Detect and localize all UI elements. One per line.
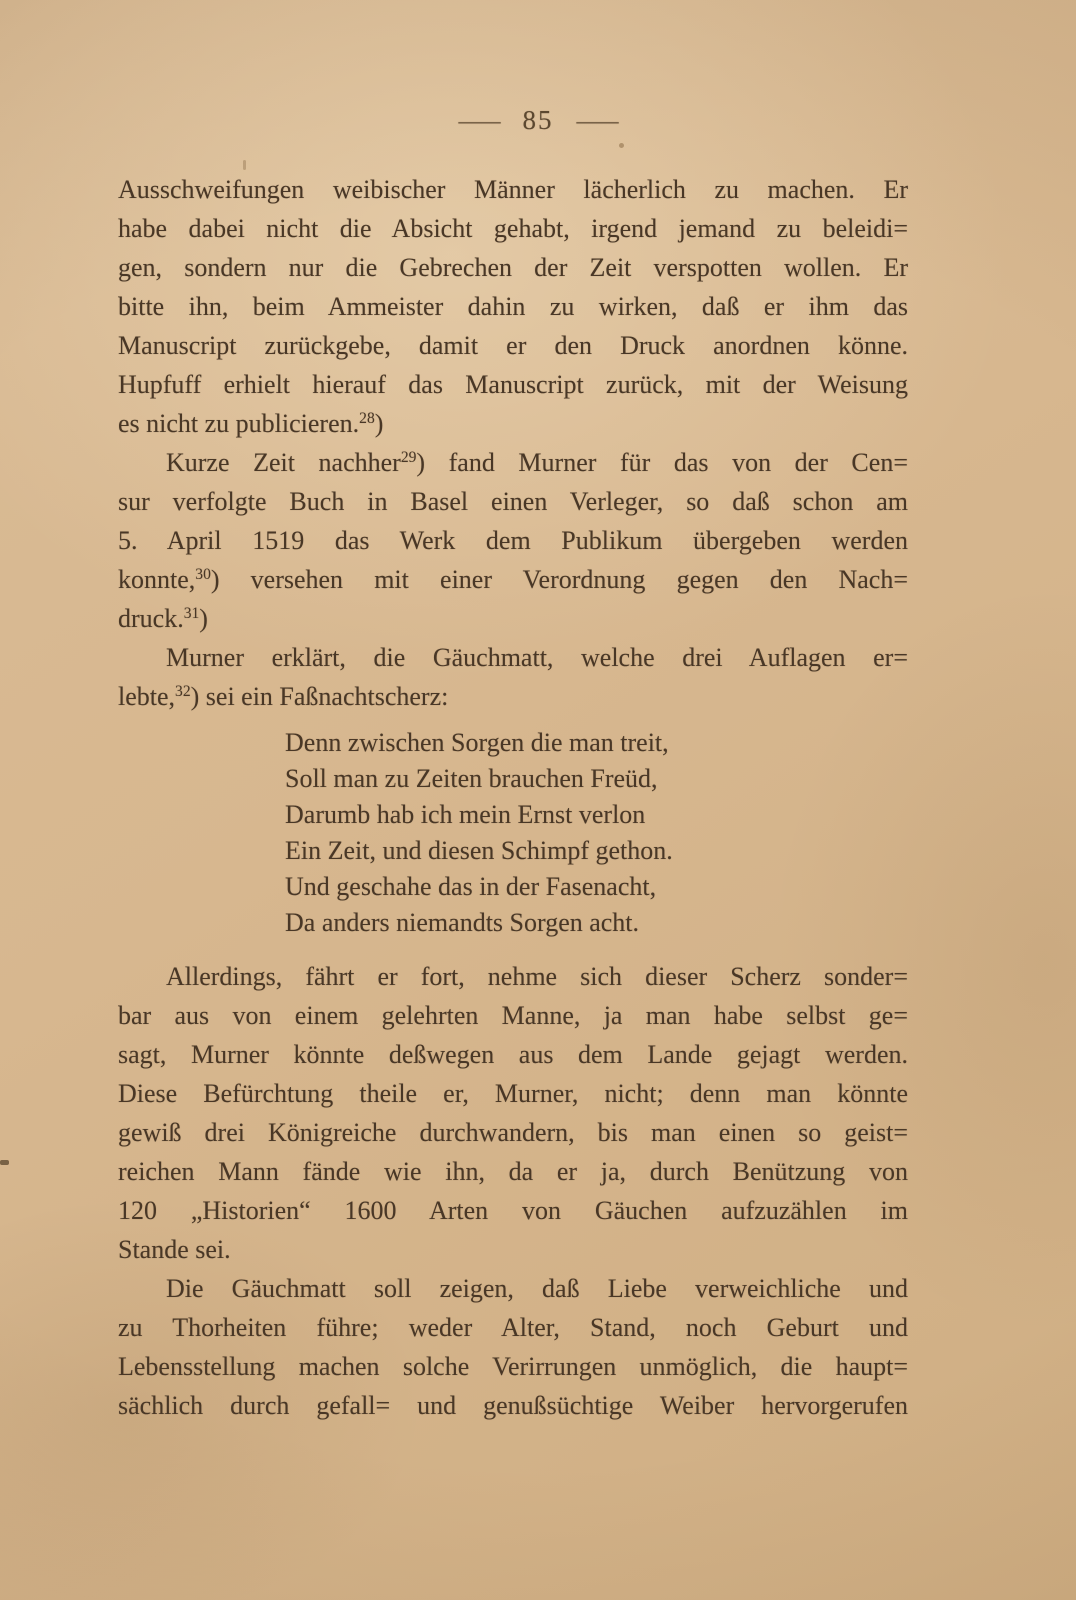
footnote-reference: 28 (359, 410, 375, 427)
paper-speck (619, 143, 624, 148)
paper-speck (243, 160, 246, 170)
text-line: Manuscript zurückgebe, damit er den Druc… (118, 326, 908, 365)
poem-line: Ein Zeit, und diesen Schimpf gethon. (285, 833, 908, 869)
footnote-reference: 32 (175, 683, 191, 700)
text-line: bitte ihn, beim Ammeister dahin zu wirke… (118, 287, 908, 326)
page-number: 85 (523, 105, 554, 136)
text-line: Hupfuff erhielt hierauf das Manuscript z… (118, 365, 908, 404)
text-line: sagt, Murner könnte deßwegen aus dem Lan… (118, 1035, 908, 1074)
poem-line: Darumb hab ich mein Ernst verlon (285, 797, 908, 833)
text-line: reichen Mann fände wie ihn, da er ja, du… (118, 1152, 908, 1191)
text-line: lebte,32) sei ein Faßnachtscherz: (118, 677, 908, 716)
text-line: 120 „Historien“ 1600 Arten von Gäuchen a… (118, 1191, 908, 1230)
text-line: druck.31) (118, 599, 908, 638)
text-line: Murner erklärt, die Gäuchmatt, welche dr… (118, 638, 908, 677)
text-line: konnte,30) versehen mit einer Verordnung… (118, 560, 908, 599)
scanned-book-page: { "colors": { "paper": "#d7b78f", "ink":… (0, 0, 1076, 1600)
footnote-reference: 29 (401, 449, 417, 466)
page-header: — 85 — (0, 100, 1076, 140)
text-line: Allerdings, fährt er fort, nehme sich di… (118, 957, 908, 996)
poem-line: Denn zwischen Sorgen die man treit, (285, 725, 908, 761)
text-line: habe dabei nicht die Absicht gehabt, irg… (118, 209, 908, 248)
poem-line: Und geschahe das in der Fasenacht, (285, 869, 908, 905)
text-line: Diese Befürchtung theile er, Murner, nic… (118, 1074, 908, 1113)
text-block: Ausschweifungen weibischer Männer lächer… (118, 170, 908, 1425)
header-dash-right: — (576, 105, 618, 136)
text-line: Stande sei. (118, 1230, 908, 1269)
poem-line: Da anders niemandts Sorgen acht. (285, 905, 908, 941)
text-line: Lebensstellung machen solche Verirrungen… (118, 1347, 908, 1386)
poem-line: Soll man zu Zeiten brauchen Freüd, (285, 761, 908, 797)
text-line: Kurze Zeit nachher29) fand Murner für da… (118, 443, 908, 482)
text-line: 5. April 1519 das Werk dem Publikum über… (118, 521, 908, 560)
text-line: sächlich durch gefall= und genußsüchtige… (118, 1386, 908, 1425)
footnote-reference: 31 (184, 605, 200, 622)
text-line: zu Thorheiten führe; weder Alter, Stand,… (118, 1308, 908, 1347)
text-line: gewiß drei Königreiche durchwandern, bis… (118, 1113, 908, 1152)
header-dash-left: — (458, 105, 500, 136)
margin-ink-mark (0, 1160, 9, 1165)
text-line: es nicht zu publicieren.28) (118, 404, 908, 443)
text-line: sur verfolgte Buch in Basel einen Verleg… (118, 482, 908, 521)
text-line: Ausschweifungen weibischer Männer lächer… (118, 170, 908, 209)
text-line: bar aus von einem gelehrten Manne, ja ma… (118, 996, 908, 1035)
text-line: gen, sondern nur die Gebrechen der Zeit … (118, 248, 908, 287)
footnote-reference: 30 (195, 566, 211, 583)
text-line: Die Gäuchmatt soll zeigen, daß Liebe ver… (118, 1269, 908, 1308)
